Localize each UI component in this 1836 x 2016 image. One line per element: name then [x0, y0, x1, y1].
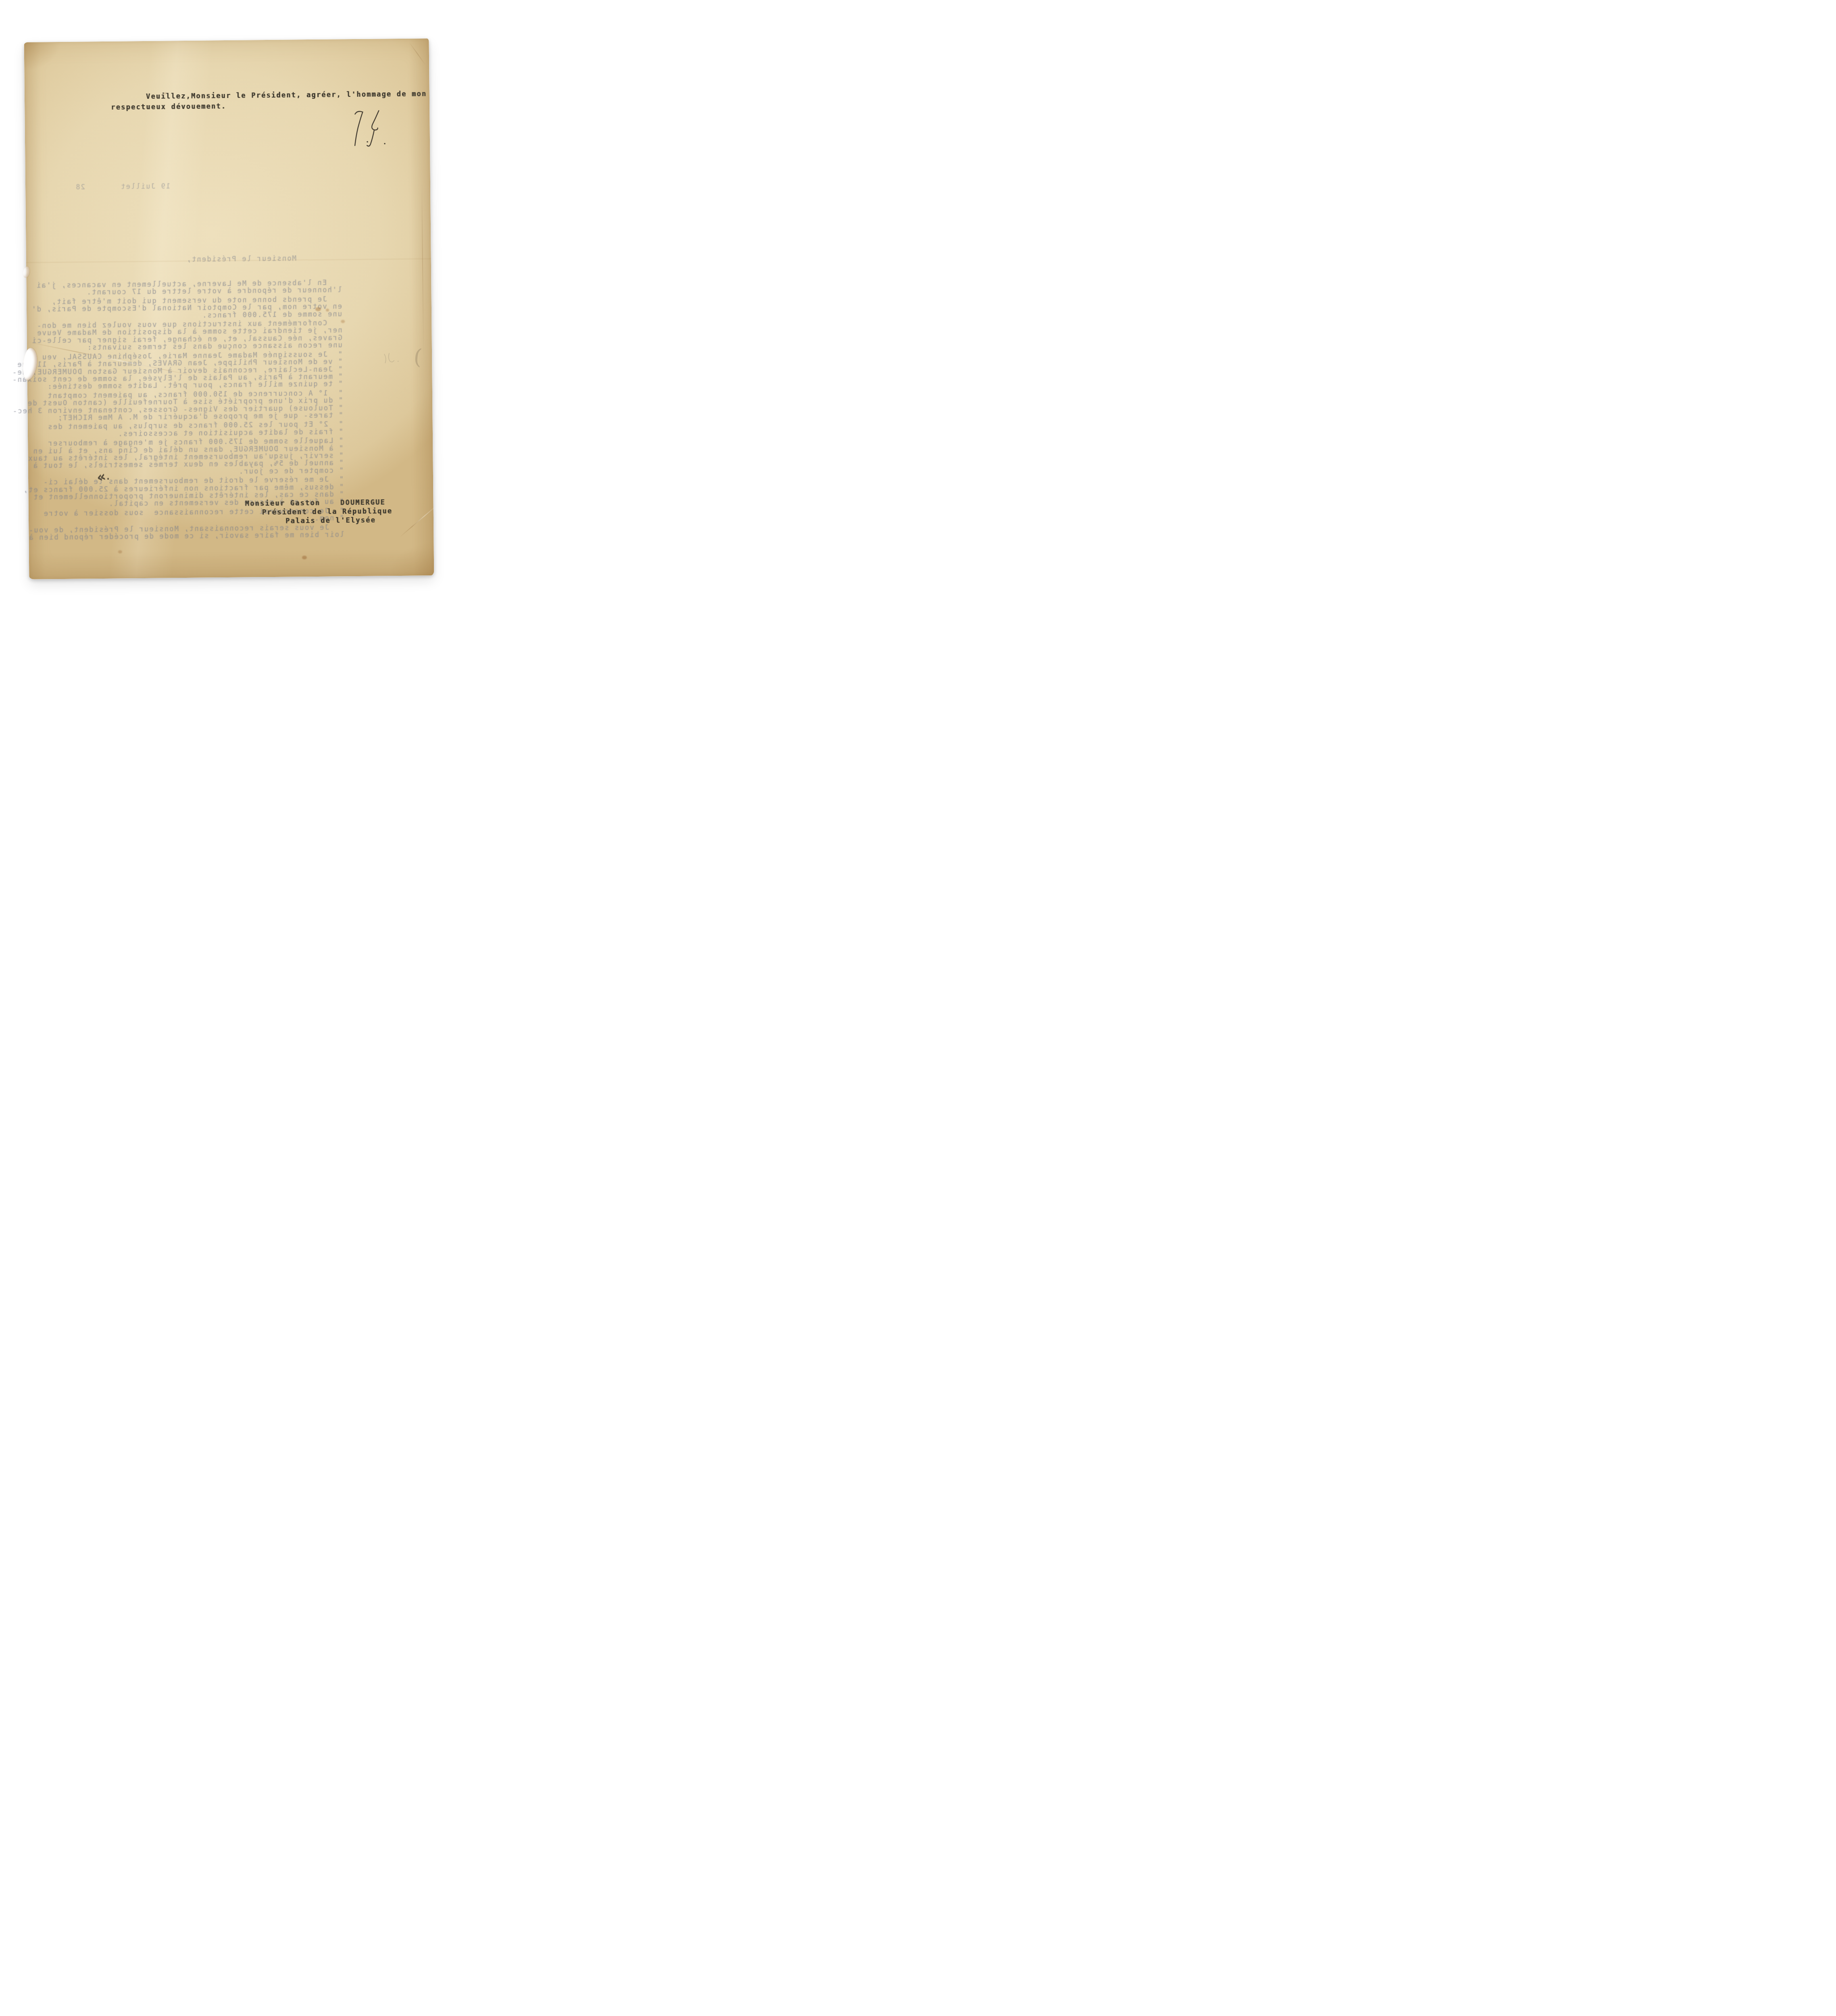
ink-fleck	[107, 478, 109, 480]
letter-sheet: Veuillez,Monsieur le Président, agréer, …	[24, 38, 434, 579]
crease-bottom-right	[400, 505, 437, 537]
stain	[164, 92, 166, 94]
stain	[315, 307, 321, 311]
address-line-2: Président de la République	[262, 507, 392, 516]
stain	[302, 556, 307, 559]
bleed-salutation: Monsieur le Président,	[8, 254, 342, 265]
stain	[326, 309, 329, 312]
margin-scribble-mark	[381, 350, 413, 367]
margin-paren-mark: (	[413, 345, 423, 370]
bleed-date-line: 19 Juillet 28	[7, 181, 341, 192]
handwritten-initials-mark	[325, 108, 394, 153]
closing-line-2: respectueux dévouement.	[111, 102, 226, 112]
stain	[341, 320, 345, 323]
address-line-3: Palais de l'Elysée	[286, 516, 376, 525]
address-line-1: Monsieur Gaston DOUMERGUE	[245, 498, 386, 508]
scanned-letter-page: Veuillez,Monsieur le Président, agréer, …	[0, 0, 459, 605]
stain	[118, 550, 122, 554]
bleed-date-text: 19 Juillet 28	[7, 181, 341, 192]
crease-top-right	[409, 42, 426, 65]
closing-line-1: Veuillez,Monsieur le Président, agréer, …	[146, 90, 427, 101]
crease-right-edge	[421, 183, 424, 357]
